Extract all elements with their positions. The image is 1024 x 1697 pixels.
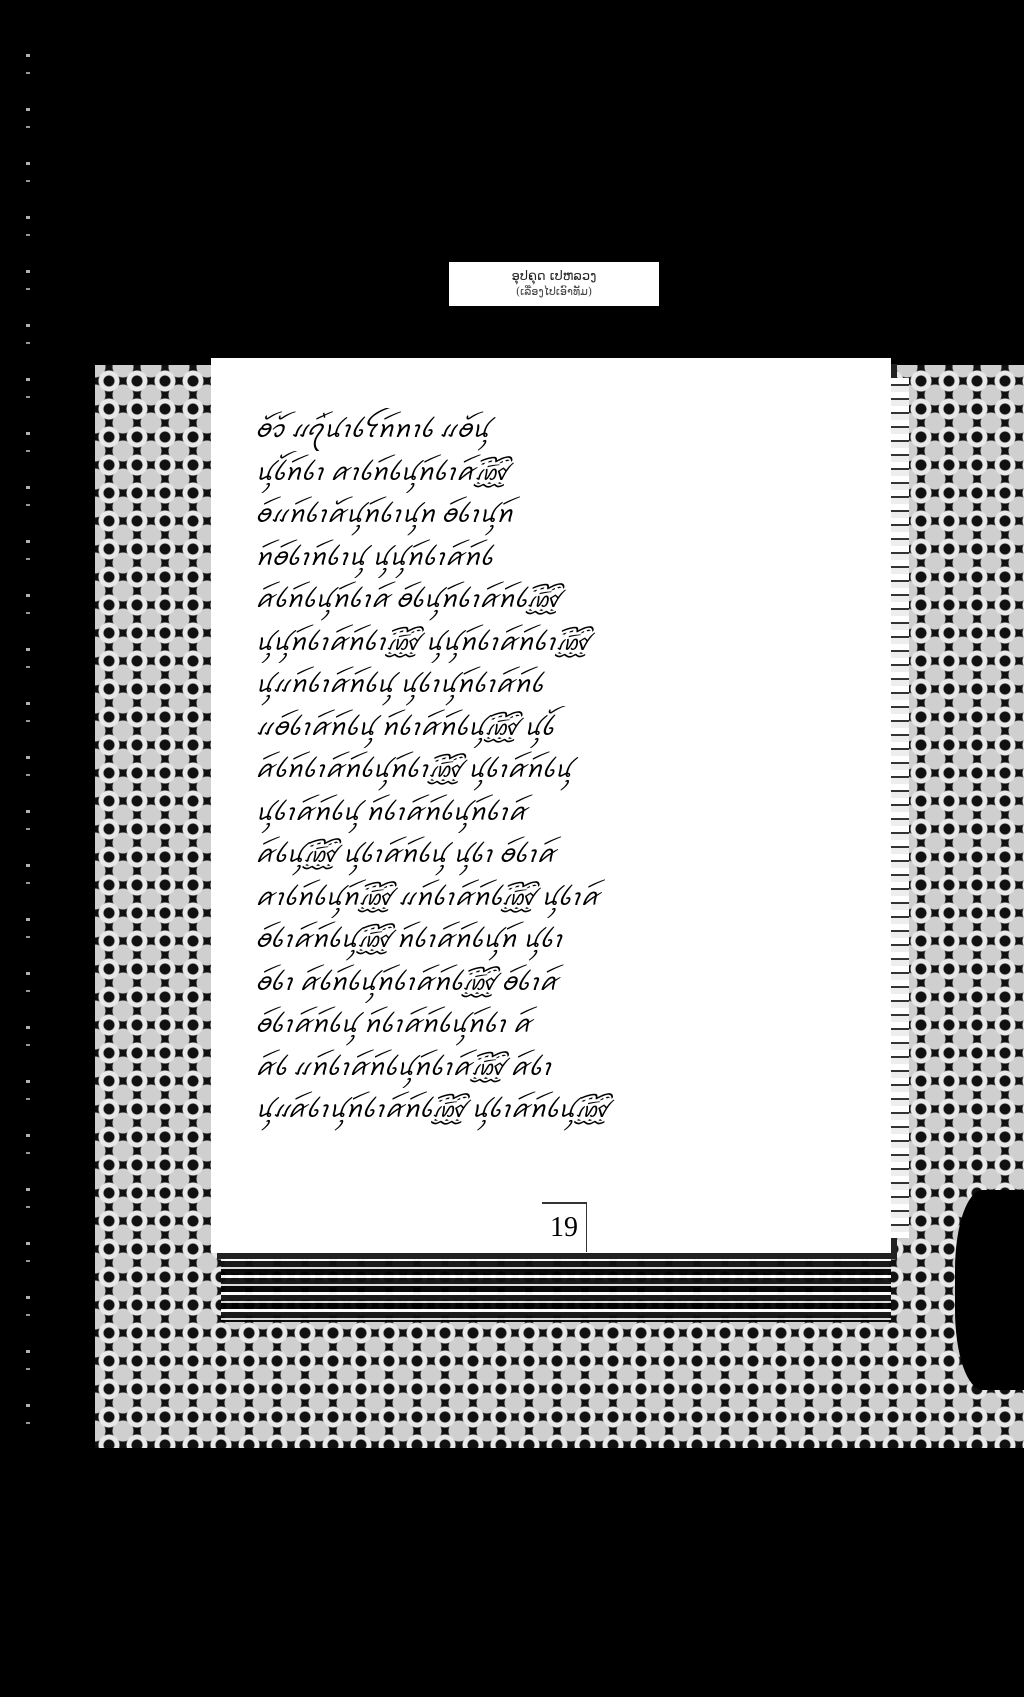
archive-label-card: ອຸປຄຸດ ເປຫລວງ (ເລື່ອງໄປເອົາທັມ) <box>449 262 659 306</box>
scan-edge-strip <box>26 20 30 1680</box>
manuscript-line: ꪵꪮꪷꪉꪱꪁꪷꪀꪷꪉꪙꪴ ꪀꪷꪉꪱꪁꪷꪀꪷꪉꪙꪴ꫞ ꪙꪴꪉꪰ <box>255 706 855 749</box>
manuscript-line: ꪁꪷꪉ ꪵꪀꪷꪉꪱꪁꪷꪀꪷꪉꪙꪴꪀꪷꪉꪱꪁꪷ꫞ ꪁꪷꪉꪱ <box>255 1046 855 1089</box>
manuscript-text: ꪮꪰꪫꪰ ꪵꪖꪸꪙꪱꪉꪼꪀꪷꪀꪱꪉ ꪵꪮꪰꪙꪴ ꪙꪴꪉꪰꪀꪷꪉꪱ ꪁꪱꪉꪀꪷꪉꪙ… <box>255 408 855 1131</box>
manuscript-line: ꪮꪷꪉꪱꪁꪷꪀꪷꪉꪙꪴ꫞ ꪀꪷꪉꪱꪁꪷꪀꪷꪉꪙꪴꪀꪷ ꪙꪴꪉꪱ <box>255 918 855 961</box>
manuscript-line: ꪮꪰꪫꪰ ꪵꪖꪸꪙꪱꪉꪼꪀꪷꪀꪱꪉ ꪵꪮꪰꪙꪴ <box>255 408 855 451</box>
manuscript-line: ꪙꪴꪉꪰꪀꪷꪉꪱ ꪁꪱꪉꪀꪷꪉꪙꪴꪀꪷꪉꪱꪁꪷ꫞ <box>255 451 855 494</box>
page-number: 19 <box>542 1202 587 1252</box>
manuscript-page: ꪮꪰꪫꪰ ꪵꪖꪸꪙꪱꪉꪼꪀꪷꪀꪱꪉ ꪵꪮꪰꪙꪴ ꪙꪴꪉꪰꪀꪷꪉꪱ ꪁꪱꪉꪀꪷꪉꪙ… <box>211 358 891 1253</box>
manuscript-line: ꪁꪷꪉꪙꪴ꫞ ꪙꪴꪉꪱꪁꪷꪀꪷꪉꪙꪴ ꪙꪴꪉꪱ ꪮꪷꪉꪱꪁꪷ <box>255 833 855 876</box>
stacked-page-edges <box>221 1252 891 1322</box>
manuscript-line: ꪮꪷꪵꪀꪷꪉꪱꪁꪰꪙꪴꪀꪷꪉꪱꪙꪴꪀ ꪮꪷꪉꪱꪙꪴꪀꪷ <box>255 493 855 536</box>
manuscript-line: ꪙꪴꪙꪴꪀꪷꪉꪱꪁꪷꪀꪷꪉꪱ꫞ ꪙꪴꪙꪴꪀꪷꪉꪱꪁꪷꪀꪷꪉꪱ꫞ <box>255 621 855 664</box>
manuscript-line: ꪁꪱꪉꪀꪷꪉꪙꪴꪀꪷ꫞ ꪵꪀꪷꪉꪱꪁꪷꪀꪷꪉ꫞ ꪙꪴꪉꪱꪁꪷ <box>255 876 855 919</box>
dark-background-bottom <box>0 1448 1024 1697</box>
dark-shadow-right <box>955 1190 1024 1390</box>
label-subtitle: (ເລື່ອງໄປເອົາທັມ) <box>516 285 592 299</box>
manuscript-line: ꪀꪷꪮꪷꪉꪱꪀꪷꪉꪱꪙꪴ ꪙꪴꪙꪴꪀꪷꪉꪱꪁꪷꪀꪷꪉ <box>255 536 855 579</box>
manuscript-line: ꪙꪴꪵꪁꪷꪉꪱꪙꪴꪀꪷꪉꪱꪁꪷꪀꪷꪉ꫞ ꪙꪴꪉꪱꪁꪷꪀꪷꪉꪙꪴ꫞ <box>255 1088 855 1131</box>
manuscript-line: ꪙꪴꪉꪱꪁꪷꪀꪷꪉꪙꪴ ꪀꪷꪉꪱꪁꪷꪀꪷꪉꪙꪴꪀꪷꪉꪱꪁꪷ <box>255 791 855 834</box>
manuscript-line: ꪙꪴꪵꪀꪷꪉꪱꪁꪷꪀꪷꪉꪙꪴ ꪙꪴꪉꪱꪙꪴꪀꪷꪉꪱꪁꪷꪀꪷꪉ <box>255 663 855 706</box>
manuscript-line: ꪁꪷꪉꪀꪷꪉꪙꪴꪀꪷꪉꪱꪁꪷ ꪮꪷꪉꪙꪴꪀꪷꪉꪱꪁꪷꪀꪷꪉ꫞ <box>255 578 855 621</box>
manuscript-line: ꪮꪷꪉꪱ ꪁꪷꪉꪀꪷꪉꪙꪴꪀꪷꪉꪱꪁꪷꪀꪷꪉ꫞ ꪮꪷꪉꪱꪁꪷ <box>255 961 855 1004</box>
manuscript-line: ꪮꪷꪉꪱꪁꪷꪀꪷꪉꪙꪴ ꪀꪷꪉꪱꪁꪷꪀꪷꪉꪙꪴꪀꪷꪉꪱ ꪁꪷ <box>255 1003 855 1046</box>
label-title: ອຸປຄຸດ ເປຫລວງ <box>512 269 597 285</box>
manuscript-line: ꪁꪷꪉꪀꪷꪉꪱꪁꪷꪀꪷꪉꪙꪴꪀꪷꪉꪱ꫞ ꪙꪴꪉꪱꪁꪷꪀꪷꪉꪙꪴ <box>255 748 855 791</box>
